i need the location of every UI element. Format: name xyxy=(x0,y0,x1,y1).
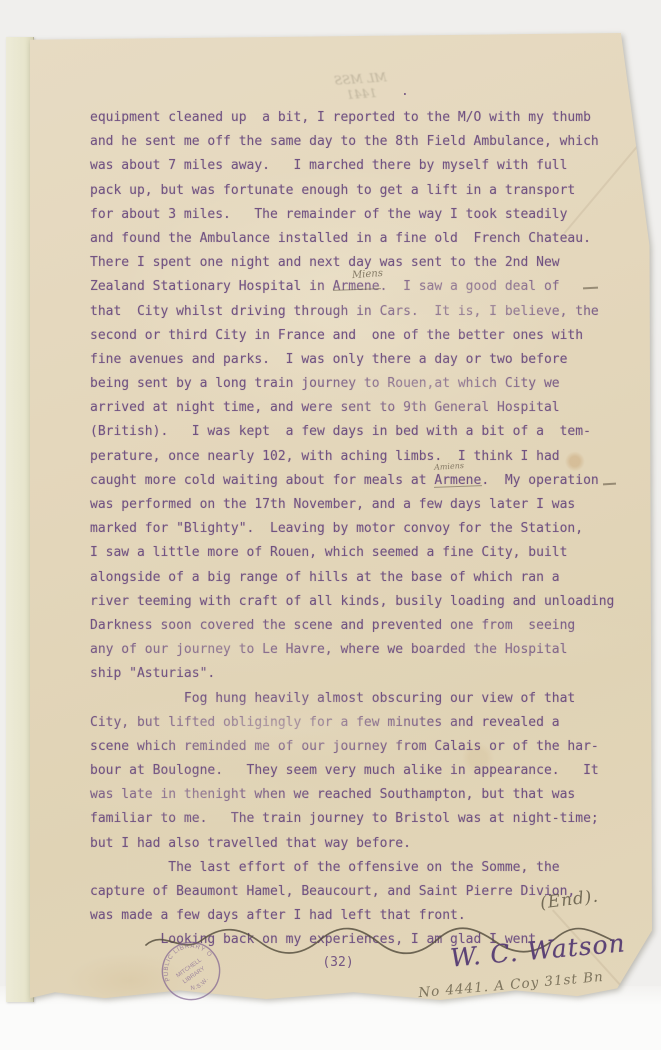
typed-line: Fog hung heavily almost obscuring our vi… xyxy=(90,687,614,711)
typed-line: scene which reminded me of our journey f… xyxy=(90,735,614,759)
typed-line: marked for "Blighty". Leaving by motor c… xyxy=(90,517,614,541)
typed-line: alongside of a big range of hills at the… xyxy=(90,566,614,590)
typed-line: was about 7 miles away. I marched there … xyxy=(90,154,614,178)
typed-line: for about 3 miles. The remainder of the … xyxy=(90,203,614,227)
typed-line: ship "Asturias". xyxy=(90,662,614,686)
underlying-page-edge xyxy=(6,37,34,1002)
typed-line: capture of Beaumont Hamel, Beaucourt, an… xyxy=(90,880,614,904)
typed-line: caught more cold waiting about for meals… xyxy=(90,469,614,493)
typed-line: was performed on the 17th November, and … xyxy=(90,493,614,517)
stray-typed-period: . xyxy=(401,84,409,99)
typed-line: (British). I was kept a few days in bed … xyxy=(90,420,614,444)
typed-line: pack up, but was fortunate enough to get… xyxy=(90,179,614,203)
typed-line: The last effort of the offensive on the … xyxy=(90,856,614,880)
typed-line: bour at Boulogne. They seem very much al… xyxy=(90,759,614,783)
typed-line: equipment cleaned up a bit, I reported t… xyxy=(90,106,614,130)
scanned-document: ML MSS 1441 . equipment cleaned up a bit… xyxy=(0,0,661,1050)
typed-line: Darkness soon covered the scene and prev… xyxy=(90,614,614,638)
typed-line: that City whilst driving through in Cars… xyxy=(90,300,614,324)
handwritten-correction-amiens: Miens xyxy=(352,268,384,281)
typed-line: any of our journey to Le Havre, where we… xyxy=(90,638,614,662)
typed-line: river teeming with craft of all kinds, b… xyxy=(90,590,614,614)
typed-line: but I had also travelled that way before… xyxy=(90,832,614,856)
typed-line: familiar to me. The train journey to Bri… xyxy=(90,807,614,831)
typed-line: I saw a little more of Rouen, which seem… xyxy=(90,541,614,565)
page-number: (32) xyxy=(308,955,368,970)
typed-line: second or third City in France and one o… xyxy=(90,324,614,348)
typed-line: arrived at night time, and were sent to … xyxy=(90,396,614,420)
pencil-showthrough-mark: ML MSS 1441 xyxy=(317,69,405,105)
typed-line: and he sent me off the same day to the 8… xyxy=(90,130,614,154)
typed-line: being sent by a long train journey to Ro… xyxy=(90,372,614,396)
typed-text: equipment cleaned up a bit, I reported t… xyxy=(90,106,614,953)
typed-line: City, but lifted obligingly for a few mi… xyxy=(90,711,614,735)
typed-line: perature, once nearly 102, with aching l… xyxy=(90,445,614,469)
typed-line: fine avenues and parks. I was only there… xyxy=(90,348,614,372)
typed-line: was late in thenight when we reached Sou… xyxy=(90,783,614,807)
typed-line: and found the Ambulance installed in a f… xyxy=(90,227,614,251)
